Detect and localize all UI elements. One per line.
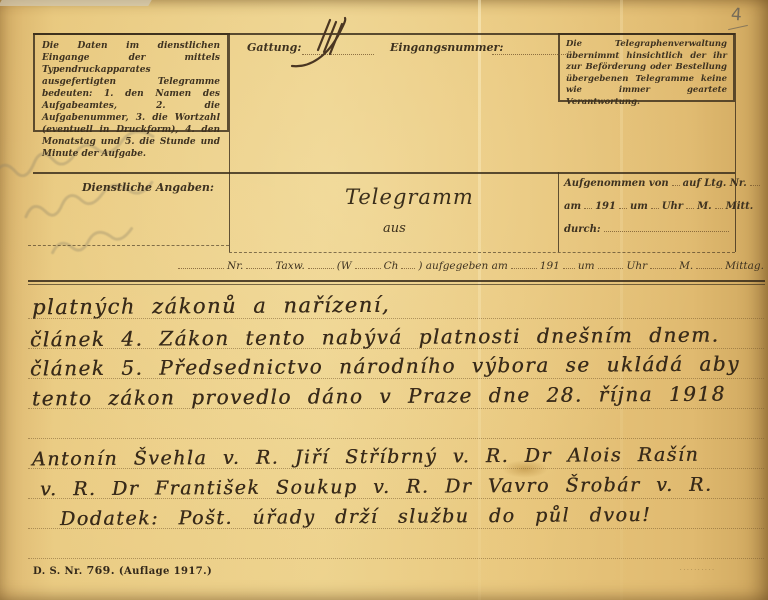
year-191: 191: [595, 201, 616, 212]
durch-label: durch:: [564, 224, 601, 235]
writing-rule: [28, 438, 764, 439]
uhr-label: Uhr: [662, 201, 683, 212]
handwritten-signature-line: Antonín Švehla v. R. Jiří Stříbrný v. R.…: [32, 444, 699, 471]
column-divider-right: [735, 33, 736, 252]
dotted-leader: [651, 207, 659, 209]
received-row-2: am 191 um Uhr M. Mitt.: [564, 201, 732, 212]
writing-rule: [28, 558, 764, 559]
dotted-leader: [604, 230, 729, 232]
service-cell-bottom-rule: [28, 245, 229, 246]
dotted-leader: [563, 267, 575, 269]
line-number-label: auf Ltg. Nr.: [683, 178, 747, 189]
m-label: M.: [679, 260, 693, 272]
footer-form-number: 769.: [87, 564, 115, 577]
received-row-3: durch:: [564, 224, 732, 235]
nr-label: Nr.: [227, 260, 243, 272]
m-label: M.: [697, 201, 712, 212]
handwritten-postscript-line: Dodatek: Pošt. úřady drží službu do půl …: [60, 504, 651, 530]
dotted-leader: [619, 207, 627, 209]
dotted-leader: [246, 267, 272, 269]
archive-page-number: 4: [730, 5, 742, 26]
dotted-leader: [686, 207, 694, 209]
dotted-leader: [750, 184, 760, 186]
handwritten-line: článek 5. Předsednictvo národního výbora…: [30, 352, 740, 381]
received-row-1: Aufgenommen von auf Ltg. Nr.: [564, 178, 732, 189]
received-cell-divider: [558, 172, 559, 252]
mittag-label: Mittag.: [725, 260, 764, 272]
dienstliche-angaben-label: Dienstliche Angaben:: [82, 181, 214, 194]
eingangsnummer-label: Eingangsnummer:: [390, 41, 503, 54]
dotted-leader: [598, 267, 624, 269]
disclaimer-text: Die Telegraphenverwaltung übernimmt hins…: [566, 39, 727, 108]
disclaimer-box: Die Telegraphenverwaltung übernimmt hins…: [558, 33, 735, 102]
form-from-label: aus: [383, 221, 406, 236]
dotted-leader: [715, 207, 723, 209]
w-label: (W: [337, 260, 352, 272]
archive-page-number-underline: [728, 25, 748, 30]
mid-rule: [33, 172, 735, 174]
handwritten-line: tento zákon provedlo dáno v Praze dne 28…: [32, 382, 726, 411]
handwritten-line: platných zákonů a nařízení,: [32, 293, 390, 319]
dotted-leader: [584, 207, 592, 209]
received-label: Aufgenommen von: [564, 178, 669, 189]
form-title: Telegramm: [345, 185, 474, 209]
scan-edge: [0, 0, 152, 6]
printer-code-mark: ·····­···­··: [680, 567, 716, 573]
dotted-leader: [355, 267, 381, 269]
year-191: 191: [540, 260, 560, 272]
eingangsnummer-line: [492, 54, 572, 55]
aufgegeben-am-label: ) aufgegeben am: [418, 260, 507, 272]
double-rule-top: [28, 280, 765, 282]
title-cell-bottom-rule: [229, 252, 735, 253]
column-divider-left: [229, 33, 230, 252]
ch-label: Ch: [384, 260, 399, 272]
dotted-leader: [672, 184, 680, 186]
taxw-label: Taxw.: [275, 260, 304, 272]
dotted-leader: [178, 267, 224, 269]
footer-prefix: D. S. Nr.: [33, 566, 83, 577]
um-label: um: [578, 260, 595, 272]
dotted-leader: [308, 267, 334, 269]
handwritten-line: článek 4. Zákon tento nabývá platnosti d…: [30, 323, 720, 352]
dotted-leader: [650, 267, 676, 269]
telegram-form-scan: 4 Die Daten im dienstlichen Eingange der…: [0, 0, 768, 600]
mitt-label: Mitt.: [726, 201, 754, 212]
dotted-leader: [696, 267, 722, 269]
dotted-leader: [511, 267, 537, 269]
uhr-label: Uhr: [626, 260, 647, 272]
gattung-value-handwritten: [288, 12, 368, 74]
instructions-text: Die Daten im dienstlichen Eingange der m…: [42, 40, 220, 160]
am-label: am: [564, 201, 581, 212]
form-number-footer: D. S. Nr. 769. (Auflage 1917.): [33, 564, 212, 577]
dotted-leader: [401, 267, 415, 269]
instructions-box: Die Daten im dienstlichen Eingange der m…: [33, 33, 229, 132]
um-label: um: [630, 201, 648, 212]
double-rule-bottom: [28, 284, 765, 285]
footer-edition: (Auflage 1917.): [119, 566, 212, 577]
handwritten-signature-line: v. R. Dr František Soukup v. R. Dr Vavro…: [40, 474, 713, 501]
dispatch-data-row: Nr. Taxw. (W Ch ) aufgegeben am 191 um U…: [175, 260, 764, 272]
